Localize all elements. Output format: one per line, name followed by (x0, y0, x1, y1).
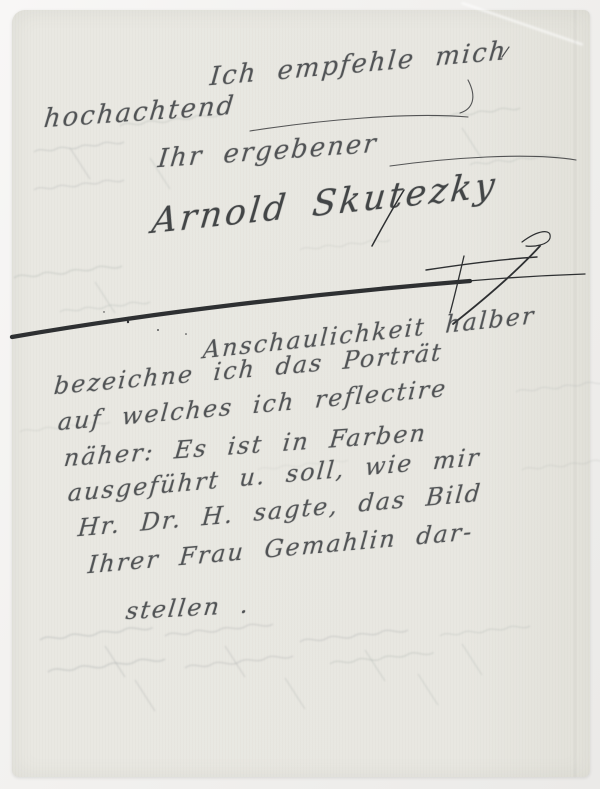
letter-photo: Ich empfehle mich hochachtend Ihr ergebe… (0, 0, 600, 789)
paper-fold-line (574, 10, 576, 777)
